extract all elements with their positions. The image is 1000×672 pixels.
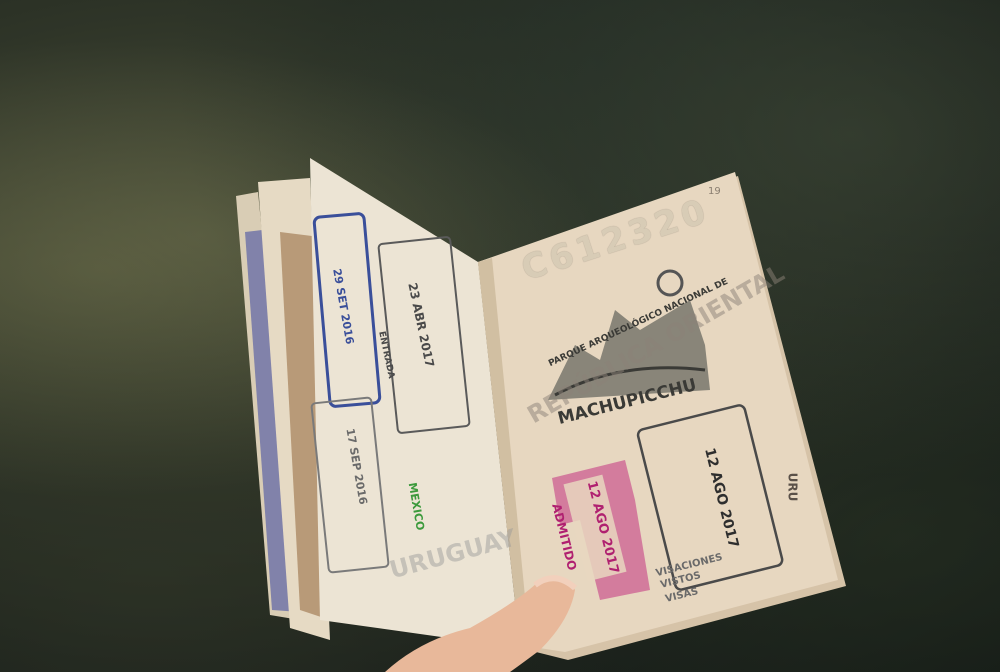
passport-illustration [0,0,1000,672]
side-text: URU [785,473,799,502]
page-number: 19 [708,186,721,197]
